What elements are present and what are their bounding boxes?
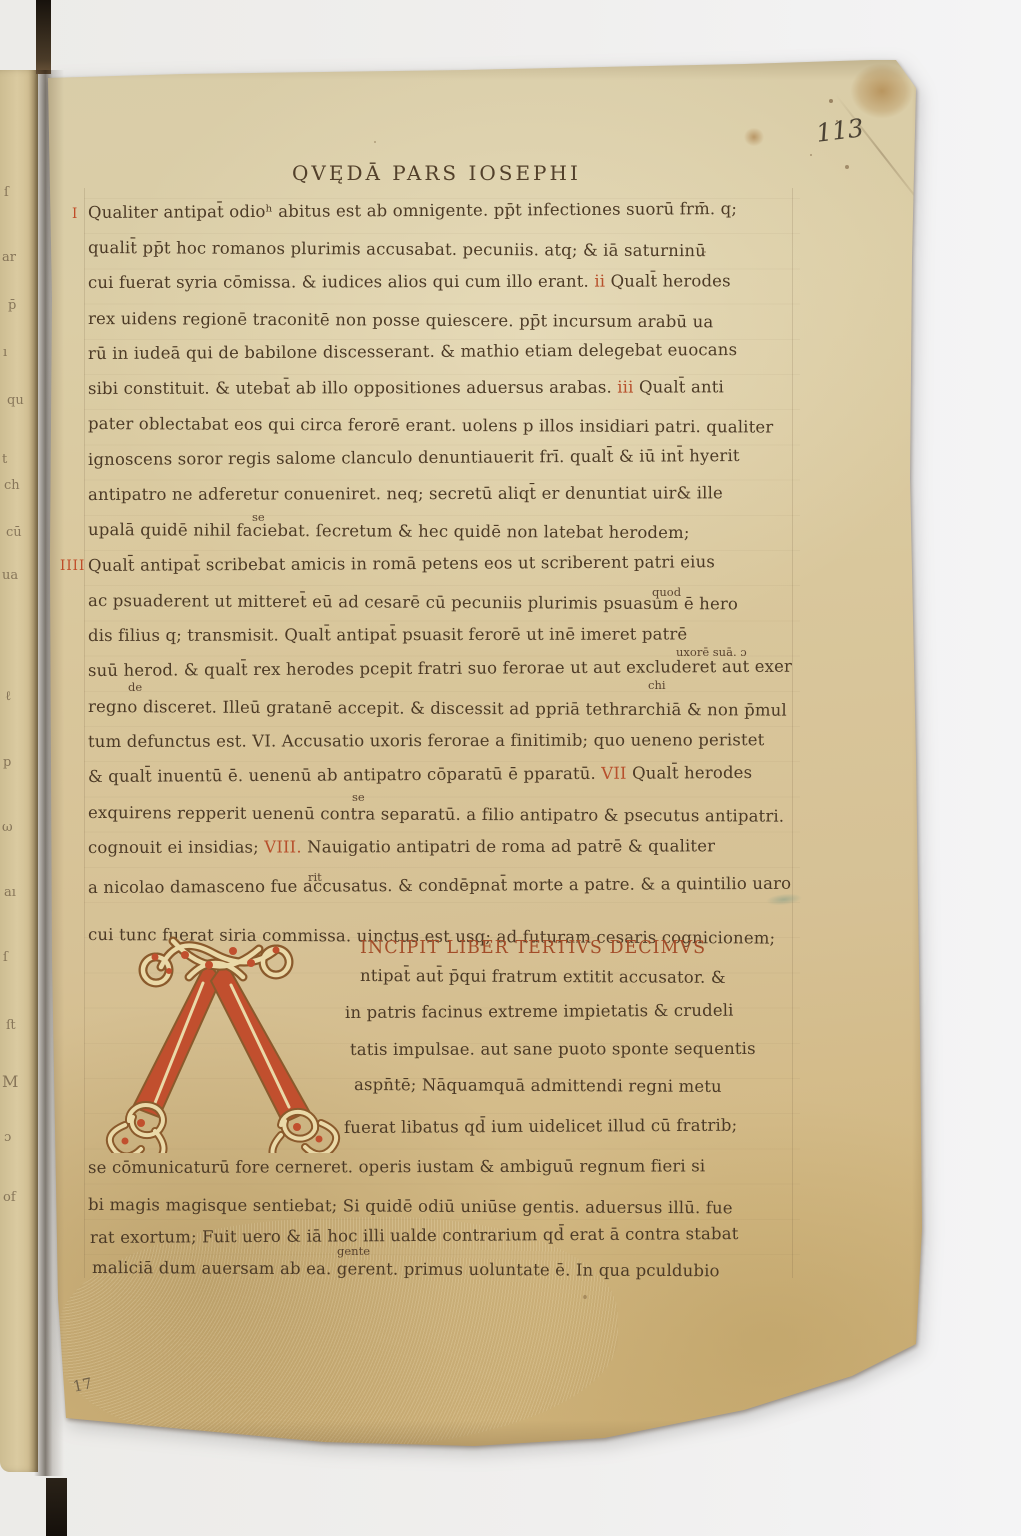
manuscript-line: se cōmunicaturū fore cerneret. operis … [88,1156,705,1177]
manuscript-line: Qualiter antipat̄ odioʰ abitus est ab om… [88,199,737,222]
manuscript-line: cognouit ei insidias; VIII. Nauigatio an… [88,836,715,857]
page-wrap: 113 QVĘDĀ PARS IOSEPHI I IIII Qualiter a… [0,0,1021,1536]
manuscript-line: tatis impulsae. aut sane puoto sponte se… [350,1039,756,1059]
manuscript-line: exquirens repperit uenenū contra separa… [88,803,784,826]
manuscript-line: cui fuerat syria cōmissa. & iudices ali… [88,271,731,292]
manuscript-line: pater oblectabat eos qui circa ferorē e… [88,414,773,437]
margin-rule-right [792,188,793,1278]
interlinear-note: se [252,510,265,524]
manuscript-line: upalā quidē nihil faciebat. ſecretum &… [88,520,690,542]
interlinear-note: gente [337,1244,370,1258]
chapter-numeral: I [72,206,78,222]
manuscript-line: ac psuaderent ut mitteret̄ eū ad cesare… [88,591,738,613]
parchment-page: 113 QVĘDĀ PARS IOSEPHI I IIII Qualiter a… [44,58,928,1450]
folio-number: 113 [814,113,865,148]
manuscript-line: maliciā dum auersam ab ea. gerent. prim… [92,1258,720,1280]
manuscript-line: ignoscens soror regis salome clanculo de… [88,446,740,469]
manuscript-line: rū in iudeā qui de babilone discessera… [88,340,737,363]
manuscript-line: rat exortum; Fuit uero & iā hoc illi ua… [90,1224,739,1247]
interlinear-note: rit [308,870,322,884]
manuscript-line: in patris facinus extreme impietatis & c… [345,1001,734,1022]
manuscript-line: rex uidens regionē traconitē non posse… [88,309,713,331]
interlinear-note: chi [648,678,666,692]
manuscript-line: fuerat libatus qd̄ ium uidelicet illud c… [344,1116,737,1137]
incipit-rubric: INCIPIT LIBER TERTIVS DECIMVS [360,938,706,958]
manuscript-line: Qualt̄ antipat̄ scribebat amicis in roma… [88,552,715,575]
manuscript-line: dis filius q; transmisit. Qualt̄ antipat… [88,624,687,645]
decorated-initial-A [85,925,353,1153]
interlinear-note: de [128,680,142,694]
manuscript-line: regno disceret. Illeū gratanē accepit.… [88,697,787,720]
interlinear-note: quod [652,585,681,599]
manuscript-line: aspn̄tē; Nāquamquā admittendi regni m… [354,1075,722,1096]
manuscript-line: & qualt̄ inuentū ē. uenenū ab antipat… [88,763,752,786]
crease [835,94,929,213]
manuscript-line: tum defunctus est. VI. Accusatio uxoris … [88,730,764,751]
manuscript-line: bi magis magisque sentiebat; Si quidē o… [88,1195,733,1217]
manuscript-scan: ſ ar p̄ ı qu t ch cū ua ℓ p ω aı ſ ﬅ M … [0,0,1021,1536]
manuscript-line: sibi constituit. & utebat̄ ab illo oppos… [88,377,724,398]
stain [740,124,768,150]
chapter-numeral: IIII [60,558,85,574]
manuscript-line: ntipat̄ aut̄ p̄qui fratrum extitit accus… [360,966,726,987]
manuscript-line: qualit̄ pp̄t hoc romanos plurimis accusa… [88,238,706,260]
ink-specks [44,58,46,60]
page-title: QVĘDĀ PARS IOSEPHI [292,161,581,185]
interlinear-note: uxorē suā. ɔ [676,645,747,659]
manuscript-line: antipatro ne adferetur conueniret. neq; … [88,483,723,504]
interlinear-note: se [352,790,365,804]
